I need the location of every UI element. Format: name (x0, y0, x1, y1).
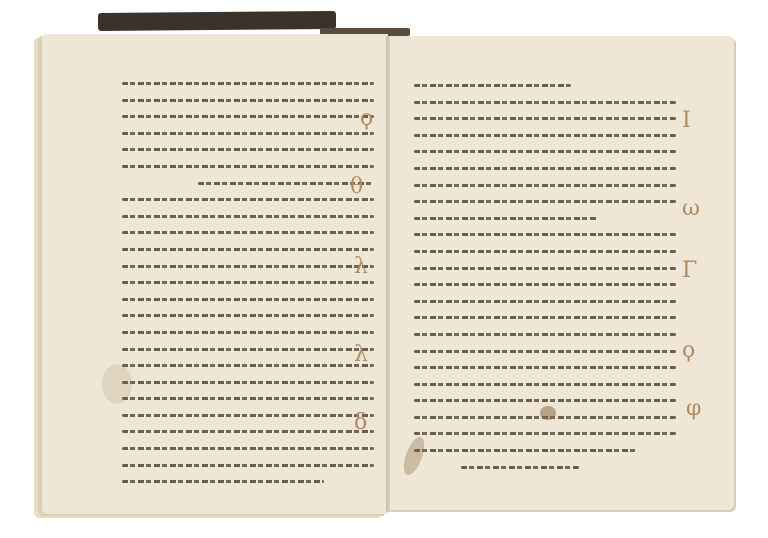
ink-blot (540, 406, 556, 420)
margin-initial: δ (354, 410, 367, 435)
margin-initial: ω (682, 196, 700, 221)
margin-initial: λ (354, 254, 368, 279)
margin-initial: Γ (682, 258, 697, 283)
binding-strap (98, 11, 336, 31)
right-page-text (414, 84, 676, 482)
margin-initial: ϙ (360, 106, 373, 131)
stain (102, 364, 132, 404)
left-page-text (122, 82, 374, 497)
left-page: ϙ θ λ λ δ (42, 34, 388, 514)
margin-initial: φ (686, 396, 701, 421)
margin-initial: ϙ (682, 338, 695, 363)
margin-initial: Ι (682, 108, 691, 133)
margin-initial: λ (354, 342, 368, 367)
margin-initial: θ (350, 174, 363, 199)
right-page: Ι ω Γ ϙ φ (390, 36, 734, 510)
